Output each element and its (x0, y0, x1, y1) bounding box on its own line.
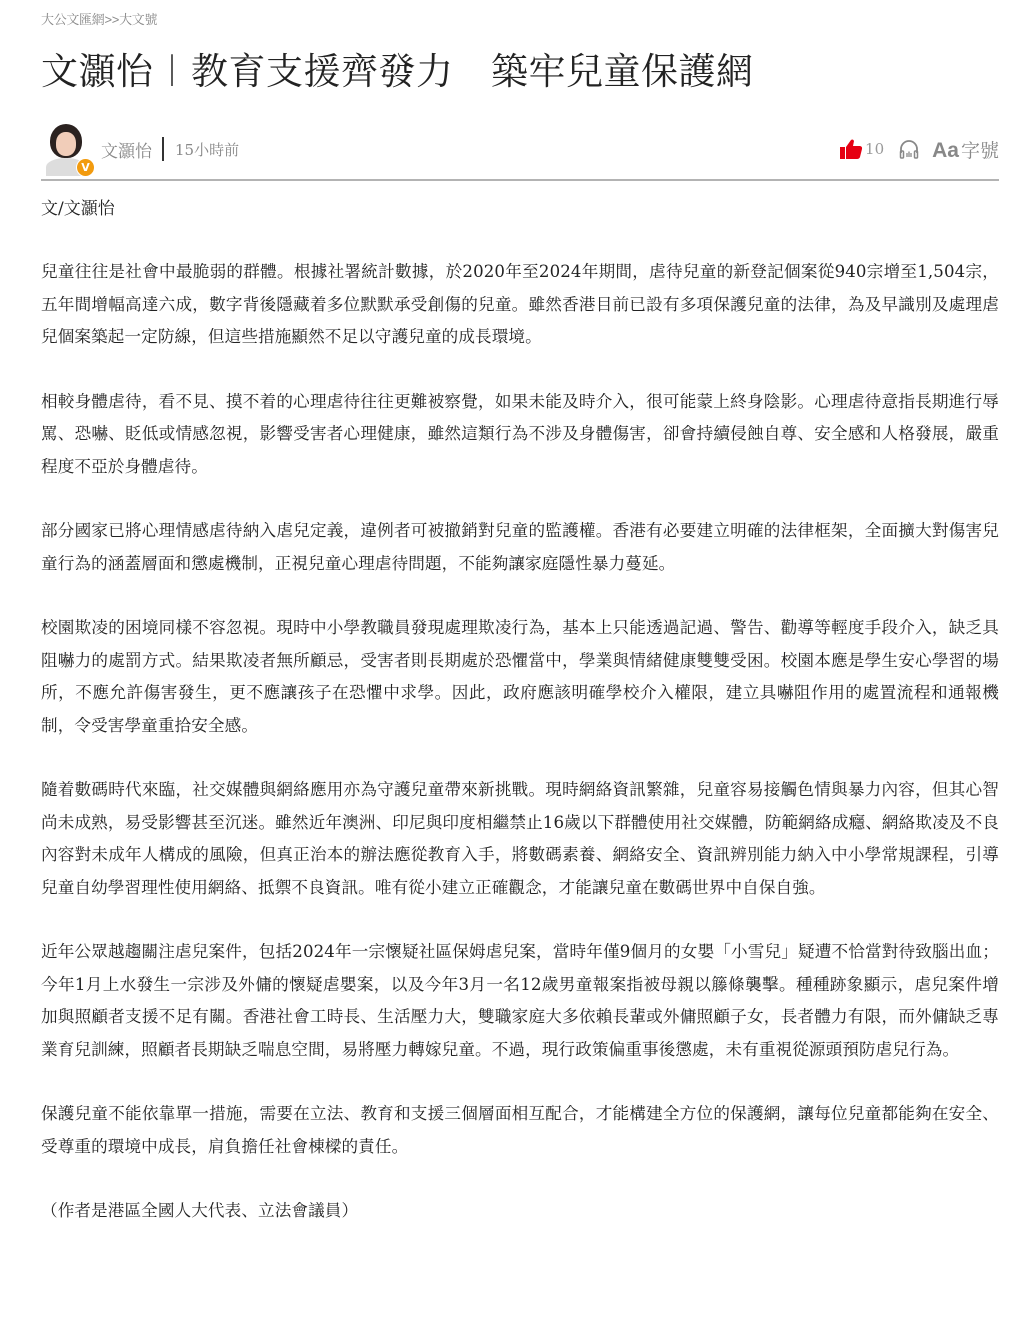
author-avatar[interactable]: V (46, 124, 86, 176)
article-paragraph: 隨着數碼時代來臨，社交媒體與網絡應用亦為守護兒童帶來新挑戰。現時網絡資訊繁雜，兒… (41, 774, 999, 904)
thumbs-up-icon (839, 138, 863, 160)
like-count: 10 (865, 140, 884, 158)
article-paragraph: 兒童往往是社會中最脆弱的群體。根據社署統計數據，於2020年至2024年期間，虐… (41, 256, 999, 354)
font-size-button[interactable]: Aa 字號 (932, 136, 999, 163)
article-paragraph: 校園欺凌的困境同樣不容忽視。現時中小學教職員發現處理欺凌行為，基本上只能透過記過… (41, 612, 999, 742)
article-toolbar: 10 Aa 字號 (839, 135, 999, 163)
article-meta-bar: V 文灝怡 15小時前 10 Aa 字號 (41, 121, 999, 179)
article-body: 兒童往往是社會中最脆弱的群體。根據社署統計數據，於2020年至2024年期間，虐… (41, 256, 999, 1260)
article-paragraph: 近年公眾越趨關注虐兒案件，包括2024年一宗懷疑社區保姆虐兒案，當時年僅9個月的… (41, 936, 999, 1066)
article-byline: 文/文灝怡 (41, 195, 115, 223)
publish-time: 15小時前 (175, 139, 239, 160)
breadcrumb: 大公文匯網>>大文號 (41, 9, 157, 28)
meta-divider (162, 137, 164, 161)
font-size-label: 字號 (961, 136, 999, 163)
like-button[interactable]: 10 (839, 138, 884, 160)
article-paragraph: 保護兒童不能依靠單一措施，需要在立法、教育和支援三個層面相互配合，才能構建全方位… (41, 1098, 999, 1163)
breadcrumb-site-link[interactable]: 大公文匯網 (41, 12, 105, 27)
font-size-icon: Aa (932, 139, 959, 163)
avatar-face (56, 132, 76, 156)
breadcrumb-separator: >> (105, 12, 120, 27)
author-name-link[interactable]: 文灝怡 (101, 137, 152, 162)
verified-badge-icon: V (76, 158, 95, 177)
breadcrumb-section-link[interactable]: 大文號 (119, 12, 157, 27)
headphones-icon[interactable] (898, 138, 920, 160)
article-paragraph: 部分國家已將心理情感虐待納入虐兒定義，違例者可被撤銷對兒童的監護權。香港有必要建… (41, 515, 999, 580)
author-note: （作者是港區全國人大代表、立法會議員） (41, 1195, 999, 1228)
article-paragraph: 相較身體虐待，看不見、摸不着的心理虐待往往更難被察覺，如果未能及時介入，很可能蒙… (41, 386, 999, 484)
header-divider (41, 179, 999, 181)
article-title: 文灝怡︱教育支援齊發力 築牢兒童保護網 (41, 44, 754, 100)
